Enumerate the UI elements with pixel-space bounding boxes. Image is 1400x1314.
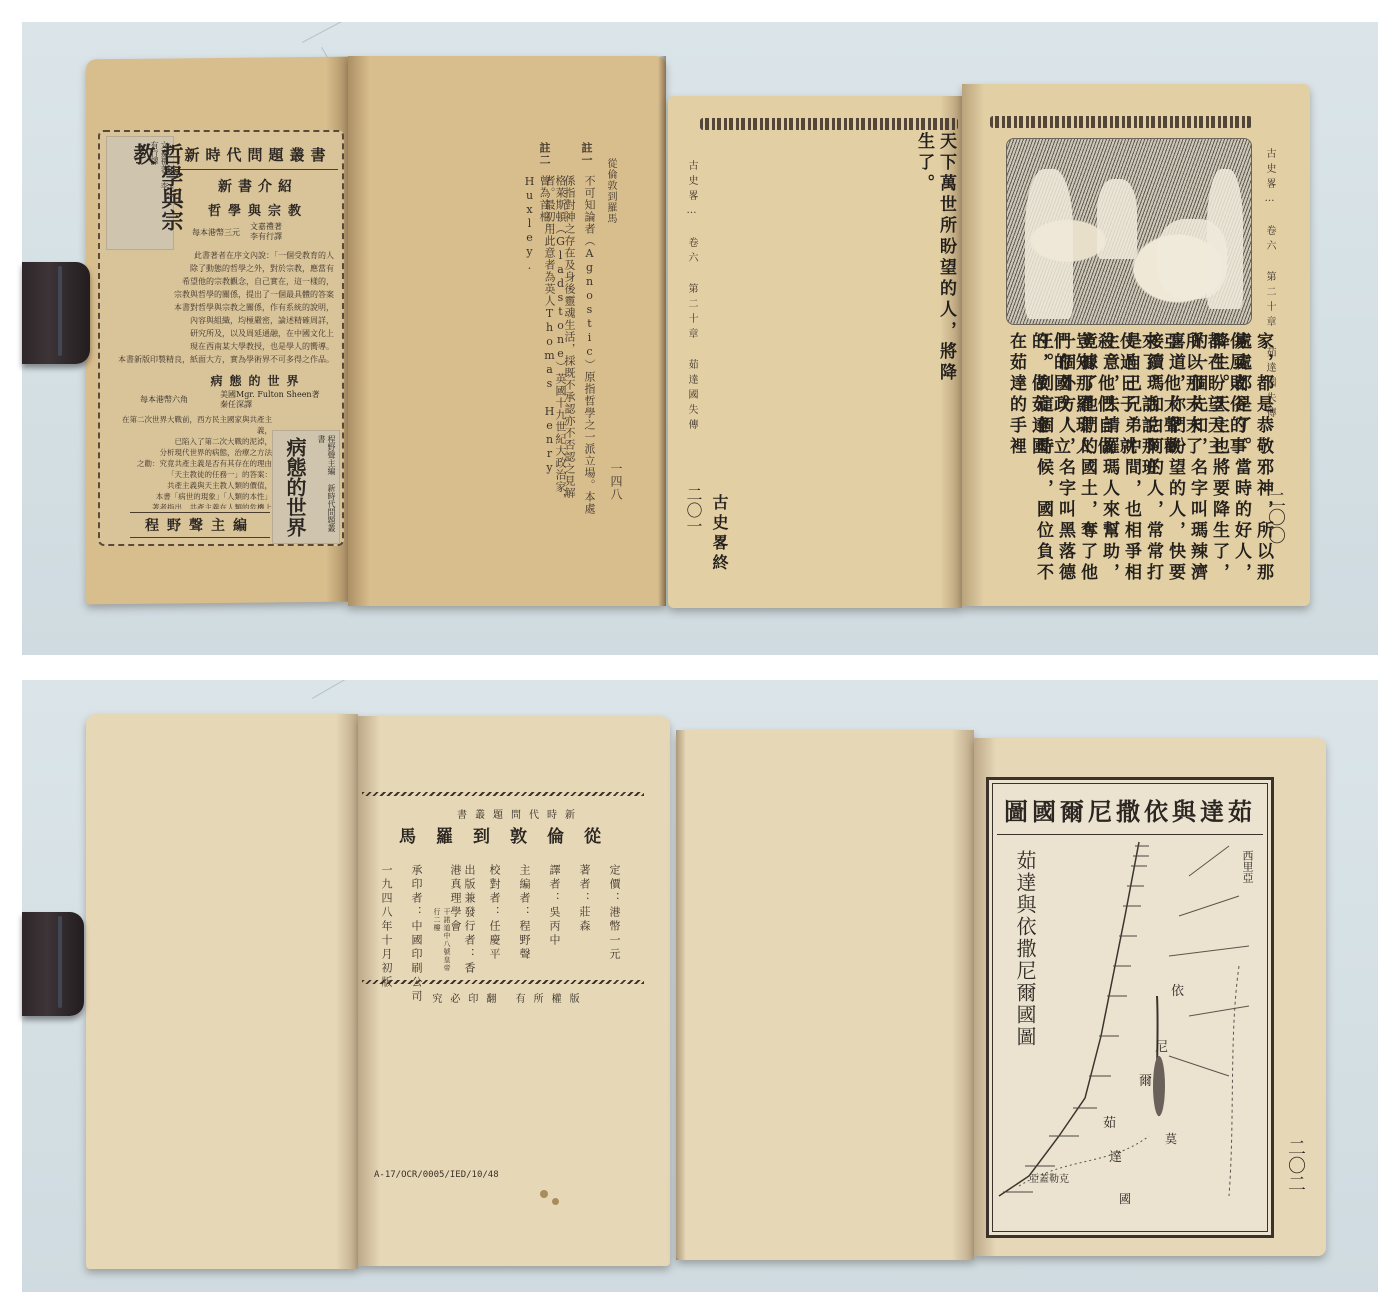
book2-price: 每本港幣六角 xyxy=(140,394,188,405)
note2-label: 註二 xyxy=(536,142,552,166)
imprint-author: 著者：莊森 xyxy=(576,864,592,934)
book1-price: 每本港幣三元 xyxy=(192,227,240,238)
running-head: 古史畧… 卷六 第二十章 茹達國失傳 xyxy=(684,160,699,434)
figure-robed-man xyxy=(1025,169,1073,319)
imprint-series: 新時代問題叢書 xyxy=(420,806,620,821)
map-label-israel: 依 xyxy=(1171,980,1184,999)
entry-label: 譯者 xyxy=(548,864,561,892)
paragraph-line: 內容與組織，均極嚴密，論述精確周詳， xyxy=(108,314,334,327)
foxing-spot xyxy=(552,1198,559,1205)
paragraph-line: 之勸：究竟共產主義是否有其存在的理由 xyxy=(108,458,272,469)
book2-description: 在第二次世界大戰前，西方民主國家與共產主義， 已陷入了第二次大戰的泥淖， 分析現… xyxy=(108,414,272,509)
advertisement-box: 新時代問題叢書 新書介紹 哲學與宗教 文嘉禮著 李有行譯 每本港幣三元 哲學與宗… xyxy=(98,130,344,546)
paragraph-line: 希望他的宗教觀念，自己實在，這一樣的， xyxy=(108,275,334,288)
spine-shadow xyxy=(358,716,380,1266)
entry-value: 吳丙中 xyxy=(548,906,561,948)
page-notes xyxy=(348,56,666,606)
entry-label: 出版兼發行者 xyxy=(463,864,476,948)
page-number: 二〇一 xyxy=(682,486,705,534)
imprint-translator: 譯者：吳丙中 xyxy=(546,864,562,948)
figure-kneeling-man xyxy=(1097,179,1137,259)
ornamental-border xyxy=(700,118,958,130)
page-number: 一四八 xyxy=(608,462,625,501)
map-drawing xyxy=(989,836,1265,1216)
map-frame: 茹達與依撒尼爾國圖 茹達與依撒尼爾國圖 西里亞 依 尼 爾 茹 達 莫 亞蓋勒克… xyxy=(986,777,1274,1238)
imprint-publisher-address: 干諾道中八號皇帝行二樓 xyxy=(432,908,452,978)
new-books-heading: 新書介紹 xyxy=(178,176,338,196)
book2-translator: 秦任深譯 xyxy=(220,400,320,410)
imprint-date: 一九四八年十月初版 xyxy=(378,864,394,990)
imprint-proofreader: 校對者：任慶平 xyxy=(486,864,502,962)
print-code: A-17/OCR/0005/IED/10/48 xyxy=(374,1170,499,1180)
book2-calligraphy-cover: 病態的世界 程野聲主編 新時代問題叢書 xyxy=(272,430,340,544)
spine-shadow xyxy=(952,730,974,1260)
note2-text: 格萊斯頓（Gladstone）英國十九世紀大政治家，曾為首相。 xyxy=(536,175,568,515)
series-title: 新時代問題叢書 xyxy=(178,144,338,170)
figure-elder-with-staff xyxy=(1207,169,1243,309)
paragraph-line: 本書對哲學與宗教之關係，作有系統的說明， xyxy=(108,301,334,314)
paragraph-line: 分析現代世界的病態，治療之方法 xyxy=(108,447,272,458)
imprint-editor: 主編者：程野聲 xyxy=(516,864,532,962)
book2-title: 病態的世界 xyxy=(178,372,338,389)
map-label-israel: 爾 xyxy=(1139,1070,1152,1089)
biblical-engraving-illustration xyxy=(1006,138,1252,325)
paragraph-line: 共產主義與天主教人類的價值， xyxy=(108,480,272,491)
map-label-israel: 尼 xyxy=(1155,1036,1168,1055)
paragraph-line: 本書新版印製精良，紙面大方，實為學術界不可多得之作品。 xyxy=(108,353,334,366)
book1-title: 哲學與宗教 xyxy=(178,200,338,219)
book1-calligraphy-side: 文嘉禮著 李有行譯 xyxy=(149,141,169,191)
book1-calligraphy-cover: 哲學與宗教 文嘉禮著 李有行譯 xyxy=(106,136,174,250)
book2-calligraphy-side: 程野聲主編 新時代問題叢書 xyxy=(316,435,336,535)
book2-credits: 美國Mgr. Fulton Sheen著 秦任深譯 xyxy=(220,390,320,410)
entry-label: 定價 xyxy=(608,864,621,892)
entry-label: 著者 xyxy=(578,864,591,892)
entry-label: 主編者 xyxy=(518,864,531,906)
paragraph-line: 宗教與哲學的關係，提出了一個最具體的答案 xyxy=(108,288,334,301)
foxing-spot xyxy=(540,1190,548,1198)
running-head: 從倫敦到羅馬 xyxy=(603,158,618,224)
paragraph-line: 著者指出，共產主義在人類的危機上 xyxy=(108,502,272,509)
ornamental-rule xyxy=(362,980,644,984)
paragraph-line: 已陷入了第二次大戰的泥淖， xyxy=(108,436,272,447)
paragraph-line: 本書「病世的現象」「人類的本性」 xyxy=(108,491,272,502)
paragraph-line: 現在西南某大學教授，也是學人的嚮導。 xyxy=(108,340,334,353)
ornamental-border xyxy=(990,116,1252,128)
paragraph-line: 研究所及，以及周延通融，在中國文化上 xyxy=(108,327,334,340)
editor-footer: 程野聲主編 xyxy=(130,512,270,538)
page-blank xyxy=(676,730,974,1260)
entry-value: 莊森 xyxy=(578,906,591,934)
page-number: 二〇二 xyxy=(1282,1138,1308,1192)
map-label-moab: 莫 xyxy=(1165,1130,1177,1147)
paragraph-line: 「天主教徒的任務一」的答案： xyxy=(108,469,272,480)
surface-crack xyxy=(302,22,408,43)
book2-calligraphy-title: 病態的世界 xyxy=(281,437,309,537)
page-edge xyxy=(658,56,666,606)
map-label-syria: 西里亞 xyxy=(1239,850,1255,883)
paragraph-line: 此書著者在序文內說：「一個受教育的人 xyxy=(108,249,334,262)
map-label-edom: 國 xyxy=(1119,1190,1131,1207)
text-column: 王。到這個時候，國位負不在茹達的手裡 xyxy=(1002,332,1056,602)
imprint-book-title: 從倫敦到羅馬 xyxy=(390,822,630,847)
page-blank xyxy=(86,714,358,1269)
entry-value: 港幣一元 xyxy=(608,906,621,962)
spine-shadow xyxy=(336,714,358,1269)
spine-shadow xyxy=(348,56,370,606)
paragraph-line: 在第二次世界大戰前，西方民主國家與共產主義， xyxy=(108,414,272,436)
copyright-notice: 版權所有 翻印必究 xyxy=(410,990,610,1005)
page-number: 二〇〇 xyxy=(1262,490,1288,544)
map-label-judah: 達 xyxy=(1109,1146,1122,1165)
bookmark-weight xyxy=(22,262,90,364)
entry-label: 承印者 xyxy=(410,864,423,906)
map-title: 茹達與依撒尼爾國圖 xyxy=(997,790,1263,835)
paragraph-line: 除了動態的哲學之外，對於宗教，應當有 xyxy=(108,262,334,275)
ornamental-rule xyxy=(362,792,644,796)
text-column: 生了。 xyxy=(910,132,937,195)
end-mark: 古史畧終 xyxy=(706,494,733,574)
map-label-philistia: 亞蓋勒克 xyxy=(1029,1170,1069,1185)
book1-credits: 文嘉禮著 李有行譯 xyxy=(250,222,282,242)
book1-translator: 李有行譯 xyxy=(250,232,282,242)
book2-author: 美國Mgr. Fulton Sheen著 xyxy=(220,390,320,400)
entry-label: 校對者 xyxy=(488,864,501,906)
entry-value: 程野聲 xyxy=(518,920,531,962)
bookmark-weight xyxy=(22,912,84,1016)
spine-shadow xyxy=(962,84,984,606)
note1-label: 註一 xyxy=(578,142,594,166)
map-label-judah: 茹 xyxy=(1103,1112,1116,1131)
surface-crack xyxy=(312,680,399,699)
book1-author: 文嘉禮著 xyxy=(250,222,282,232)
imprint-price: 定價：港幣一元 xyxy=(606,864,622,962)
entry-value: 任慶平 xyxy=(488,920,501,962)
page-edge xyxy=(676,730,686,1260)
